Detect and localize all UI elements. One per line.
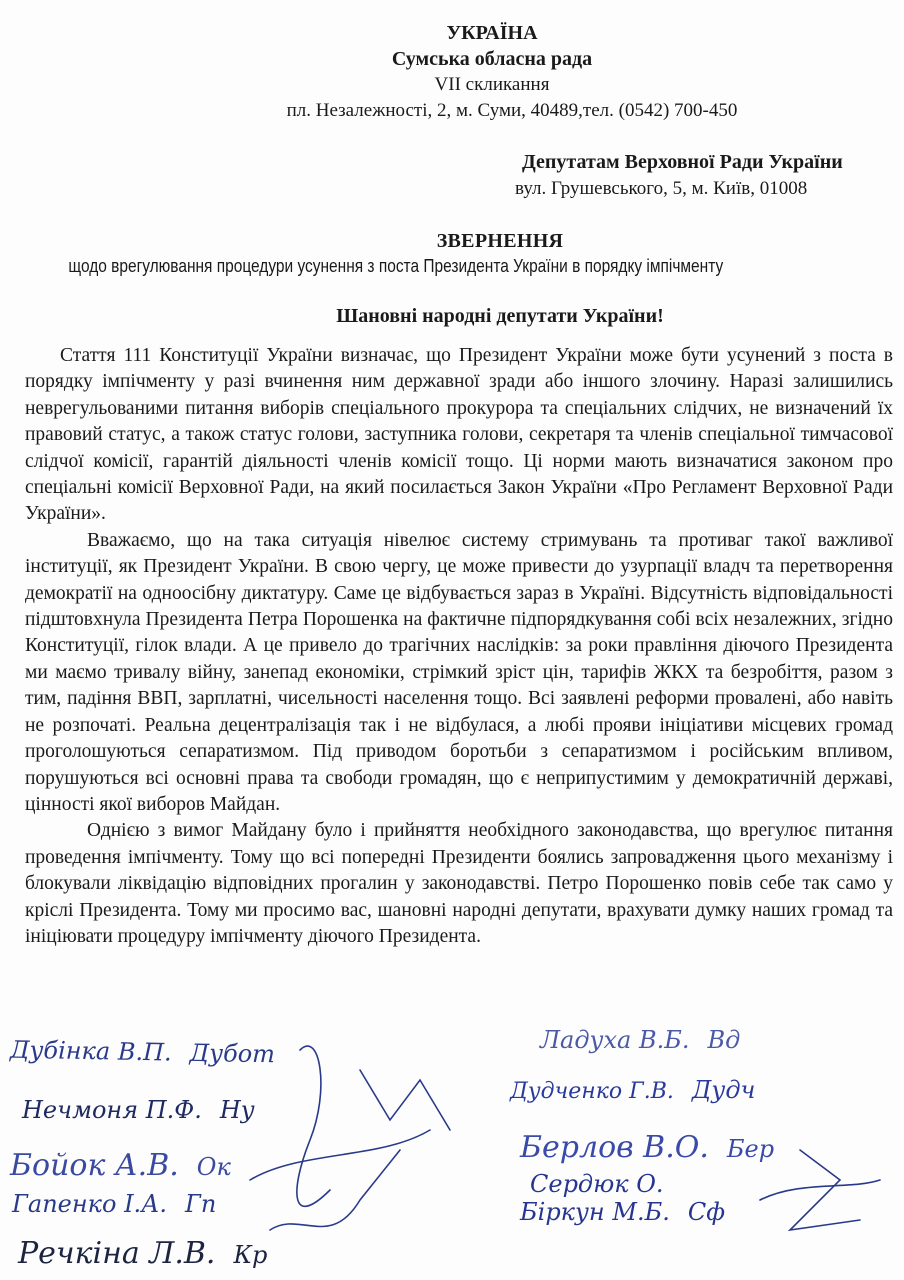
signature-mark: Дудч — [692, 1076, 756, 1104]
signature-mark: Гп — [185, 1190, 216, 1218]
signature: Сердюк О. — [530, 1170, 664, 1198]
signature-mark: Ок — [197, 1153, 231, 1181]
signature-mark: Бер — [727, 1135, 774, 1163]
signature: Біркун М.Б.Сф — [520, 1198, 725, 1226]
signature: Гапенко І.А.Гп — [12, 1190, 216, 1218]
signature: Берлов В.О.Бер — [520, 1130, 774, 1165]
signature: Бойок А.В.Ок — [10, 1148, 231, 1183]
signatory-name: Бойок А.В. — [10, 1148, 179, 1183]
signatory-name: Дубінка В.П. — [10, 1036, 172, 1067]
document-subtitle: щодо врегулювання процедури усунення з п… — [26, 256, 766, 277]
recipient-address: вул. Грушевського, 5, м. Київ, 01008 — [515, 178, 884, 200]
signature: Ладуха В.Б.Вд — [540, 1026, 740, 1054]
signatory-name: Берлов В.О. — [520, 1130, 709, 1165]
signatory-name: Ладуха В.Б. — [540, 1026, 689, 1054]
signatures-area: Дубінка В.П.Дубот Нечмоня П.Ф.Ну Бойок А… — [0, 1030, 904, 1280]
signature-mark: Вд — [707, 1026, 740, 1054]
recipient-name: Депутатам Верховної Ради України — [522, 151, 884, 174]
signatory-name: Речкіна Л.В. — [18, 1236, 215, 1271]
signatory-name: Сердюк О. — [530, 1170, 664, 1198]
signatory-name: Гапенко І.А. — [12, 1190, 167, 1218]
signatory-name: Біркун М.Б. — [520, 1198, 670, 1226]
signature: Дудченко Г.В.Дудч — [510, 1076, 755, 1104]
signature-mark: Кр — [233, 1241, 267, 1269]
document-body: Стаття 111 Конституції України визначає,… — [25, 343, 893, 950]
council-address: пл. Незалежності, 2, м. Суми, 40489,тел.… — [60, 100, 904, 122]
signature: Дубінка В.П.Дубот — [10, 1036, 275, 1069]
signatory-name: Дудченко Г.В. — [510, 1079, 674, 1104]
document-title: ЗВЕРНЕННЯ — [0, 230, 904, 253]
signature-mark: Ну — [220, 1096, 255, 1124]
signature: Нечмоня П.Ф.Ну — [22, 1096, 255, 1124]
signature-mark: Сф — [688, 1198, 725, 1226]
country-heading: УКРАЇНА — [40, 22, 904, 45]
paragraph: Вважаємо, що на така ситуація нівелює си… — [25, 528, 893, 818]
paragraph: Однією з вимог Майдану було і прийняття … — [25, 818, 893, 950]
council-name: Сумська обласна рада — [40, 48, 904, 71]
signature: Речкіна Л.В.Кр — [18, 1236, 267, 1271]
signatory-name: Нечмоня П.Ф. — [22, 1096, 202, 1124]
paragraph: Стаття 111 Конституції України визначає,… — [25, 343, 893, 528]
convocation: VII скликання — [40, 74, 904, 96]
salutation: Шановні народні депутати України! — [0, 305, 904, 328]
signature-mark: Дубот — [189, 1039, 275, 1068]
